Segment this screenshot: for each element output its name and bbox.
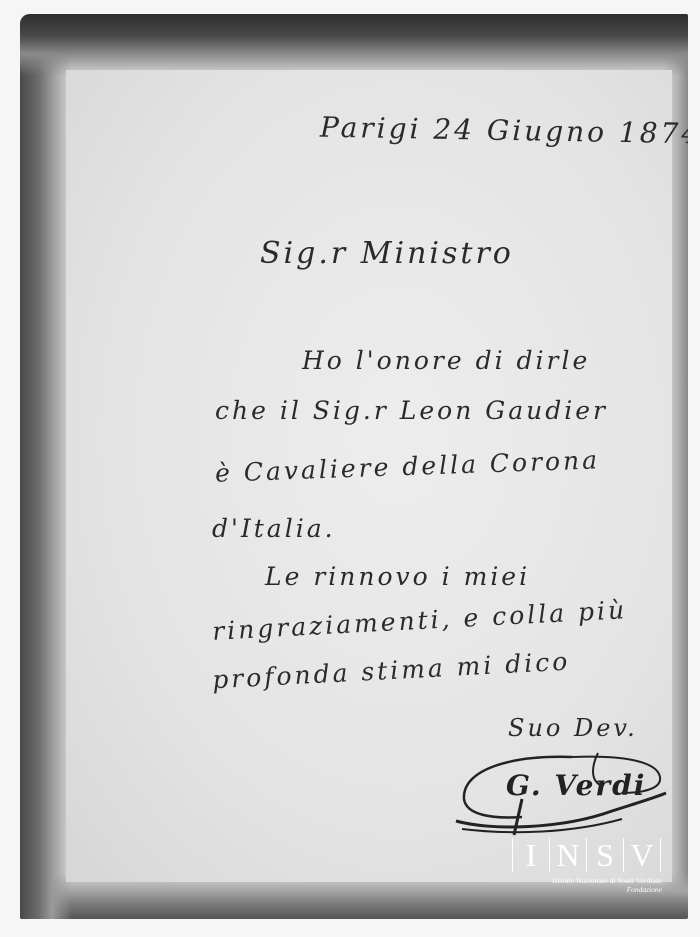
body-line: che il Sig.r Leon Gaudier [215,396,608,425]
letter-sheet: Parigi 24 Giugno 1874 Sig.r Ministro Ho … [20,14,688,919]
watermark-subtitle: Fondazione [512,885,662,894]
signature-text: G. Verdi [506,769,646,802]
place-date: Parigi 24 Giugno 1874 [320,111,688,151]
watermark-institute-name: Istituto Nazionale di Studi Verdiani [512,876,662,885]
watermark-letter: N [550,838,587,872]
watermark-logo: I N S V [512,838,662,872]
watermark-letter: V [624,838,661,872]
signature: G. Verdi [452,749,674,839]
body-line: Le rinnovo i miei [265,562,530,591]
scan-background: Parigi 24 Giugno 1874 Sig.r Ministro Ho … [0,0,700,937]
salutation: Sig.r Ministro [260,236,514,271]
closing: Suo Dev. [508,714,638,742]
body-line: Ho l'onore di dirle [302,346,590,375]
insv-watermark: I N S V Istituto Nazionale di Studi Verd… [512,838,662,900]
watermark-letter: I [513,838,550,872]
watermark-letter: S [587,838,624,872]
body-line: d'Italia. [212,514,336,543]
